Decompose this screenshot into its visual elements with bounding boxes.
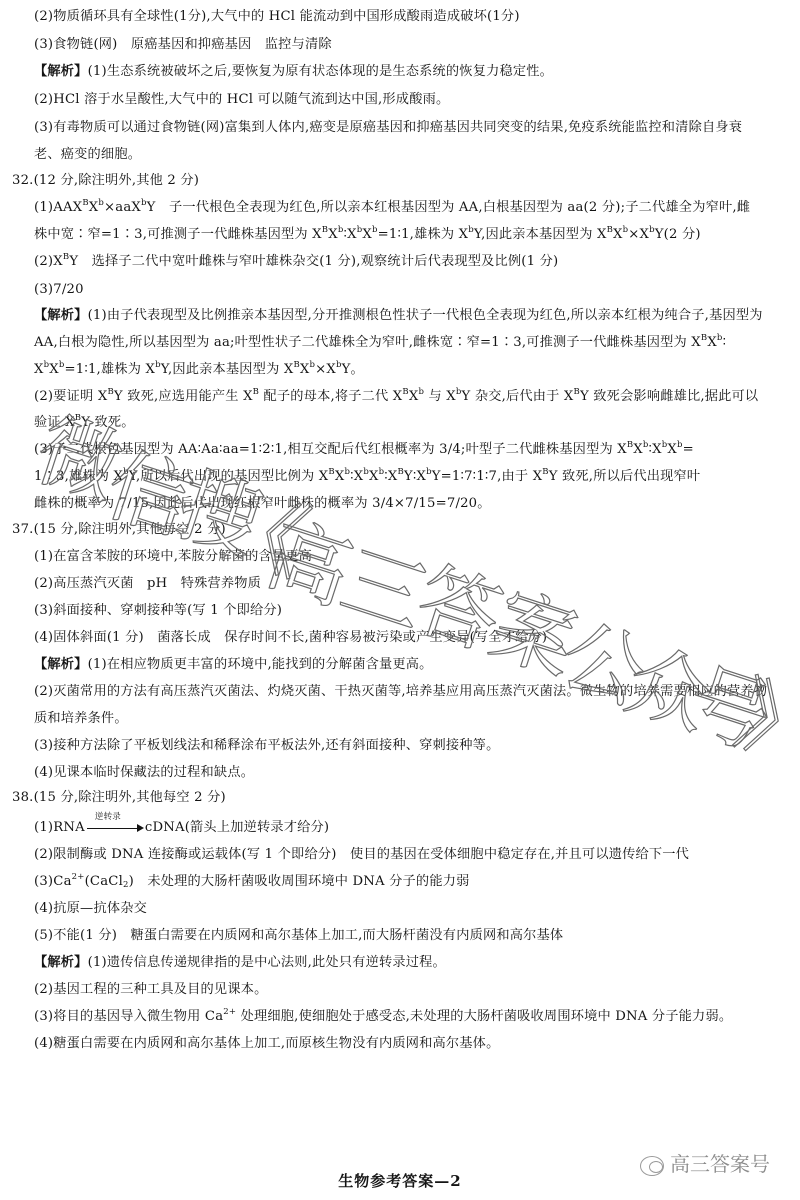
q37-analysis-1: 【解析】(1)在相应物质更丰富的环境中,能找到的分解菌含量更高。 — [34, 656, 780, 674]
q37-answer-4: (4)固体斜面(1 分) 菌落长成 保存时间不长,菌种容易被污染或产生变异(写全… — [34, 629, 780, 647]
q32-analysis-1-line-2: AA,白根为隐性,所以基因型为 aa;叶型性状子二代雄株全为窄叶,雌株宽∶窄=1… — [34, 334, 780, 352]
q38-analysis-1: 【解析】(1)遗传信息传递规律指的是中心法则,此处只有逆转录过程。 — [34, 954, 780, 972]
q32-analysis-2-line-2: 验证 XBY 致死。 — [34, 414, 780, 432]
q38-header: 38.(15 分,除注明外,其他每空 2 分) — [12, 789, 780, 807]
q32-analysis-1-line-3: XbXb=1∶1,雄株为 XbY,因此亲本基因型为 XBXb×XbY。 — [34, 361, 780, 379]
analysis-tag: 【解析】 — [34, 64, 88, 79]
q31-analysis-2: (2)HCl 溶于水呈酸性,大气中的 HCl 可以随气流到达中国,形成酸雨。 — [34, 91, 780, 109]
q31-answer-2: (2)物质循环具有全球性(1分),大气中的 HCl 能流动到中国形成酸雨造成破坏… — [34, 8, 780, 26]
q37-analysis-2-cont: 质和培养条件。 — [34, 710, 780, 728]
q38-analysis-2: (2)基因工程的三种工具及目的见课本。 — [34, 981, 780, 999]
q32-analysis-2-line-1: (2)要证明 XBY 致死,应选用能产生 XB 配子的母本,将子二代 XBXb … — [34, 388, 780, 406]
q32-answer-1-line-2: 株中宽∶窄=1∶3,可推测子一代雌株基因型为 XBXb∶XbXb=1∶1,雄株为… — [34, 226, 780, 244]
q38-answer-2: (2)限制酶或 DNA 连接酶或运载体(写 1 个即给分) 使目的基因在受体细胞… — [34, 846, 780, 864]
q32-analysis-3-line-3: 雌株的概率为 7/15,因此后代出现红根窄叶雌株的概率为 3/4×7/15=7/… — [34, 495, 780, 513]
q32-analysis-3-line-1: (3)子二代根色基因型为 AA∶Aa∶aa=1∶2∶1,相互交配后代红根概率为 … — [34, 441, 780, 459]
q32-answer-1-line-1: (1)AAXBXb×aaXbY 子一代根色全表现为红色,所以亲本红根基因型为 A… — [34, 199, 780, 217]
q32-header: 32.(12 分,除注明外,其他 2 分) — [12, 172, 780, 190]
q38-analysis-4: (4)糖蛋白需要在内质网和高尔基体上加工,而原核生物没有内质网和高尔基体。 — [34, 1035, 780, 1053]
q31-analysis-3: (3)有毒物质可以通过食物链(网)富集到人体内,癌变是原癌基因和抑癌基因共同突变… — [34, 119, 780, 137]
page-footer: 生物参考答案—2 — [0, 1170, 800, 1191]
q31-answer-3: (3)食物链(网) 原癌基因和抑癌基因 监控与清除 — [34, 36, 780, 54]
answer-key-page: (2)物质循环具有全球性(1分),大气中的 HCl 能流动到中国形成酸雨造成破坏… — [0, 0, 800, 1200]
q37-analysis-2: (2)灭菌常用的方法有高压蒸汽灭菌法、灼烧灭菌、干热灭菌等,培养基应用高压蒸汽灭… — [34, 683, 780, 701]
q37-answer-1: (1)在富含苯胺的环境中,苯胺分解菌的含量更高 — [34, 548, 780, 566]
q32-answer-2: (2)XBY 选择子二代中宽叶雌株与窄叶雄株杂交(1 分),观察统计后代表现型及… — [34, 253, 780, 271]
q31-analysis-3-cont: 老、癌变的细胞。 — [34, 146, 780, 164]
q31-analysis-1: 【解析】(1)生态系统被破坏之后,要恢复为原有状态体现的是生态系统的恢复力稳定性… — [34, 63, 780, 81]
q38-answer-3: (3)Ca2+(CaCl2) 未处理的大肠杆菌吸收周围环境中 DNA 分子的能力… — [34, 873, 780, 891]
reverse-transcription-arrow-icon: 逆转录 — [85, 821, 145, 835]
q32-answer-3: (3)7/20 — [34, 281, 780, 299]
q38-answer-4: (4)抗原—抗体杂交 — [34, 900, 780, 918]
q37-answer-2: (2)高压蒸汽灭菌 pH 特殊营养物质 — [34, 575, 780, 593]
q37-header: 37.(15 分,除注明外,其他每空 2 分) — [12, 521, 780, 539]
q37-answer-3: (3)斜面接种、穿刺接种等(写 1 个即给分) — [34, 602, 780, 620]
q38-answer-1: (1)RNA逆转录cDNA(箭头上加逆转录才给分) — [34, 819, 780, 837]
q32-analysis-3-line-2: 1∶3,雄株为 XbY,所以后代出现的基因型比例为 XBXb∶XbXb∶XBY∶… — [34, 468, 780, 486]
q38-analysis-3: (3)将目的基因导入微生物用 Ca2+ 处理细胞,使细胞处于感受态,未处理的大肠… — [34, 1008, 780, 1026]
q32-analysis-1-line-1: 【解析】(1)由子代表现型及比例推亲本基因型,分开推测根色性状子一代根色全表现为… — [34, 307, 780, 325]
q38-answer-5: (5)不能(1 分) 糖蛋白需要在内质网和高尔基体上加工,而大肠杆菌没有内质网和… — [34, 927, 780, 945]
q37-analysis-3: (3)接种方法除了平板划线法和稀释涂布平板法外,还有斜面接种、穿刺接种等。 — [34, 737, 780, 755]
q37-analysis-4: (4)见课本临时保藏法的过程和缺点。 — [34, 764, 780, 782]
